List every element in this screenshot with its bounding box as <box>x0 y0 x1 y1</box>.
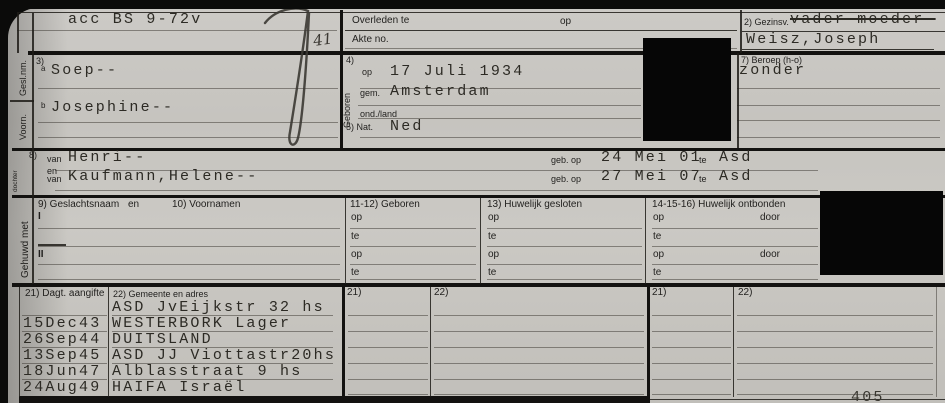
father-name: Henri-- <box>68 150 146 165</box>
rule-line <box>38 279 340 280</box>
rule-line <box>350 228 476 229</box>
rule-line <box>434 331 644 332</box>
rule-line <box>38 122 338 123</box>
col-21b-header: 21) <box>347 288 361 298</box>
rule-line <box>360 137 641 138</box>
gesloten-op-1: op <box>488 213 499 223</box>
rule-line <box>647 284 650 403</box>
col-13-header: 13) Huwelijk gesloten <box>487 200 582 210</box>
reg-row-address: WESTERBORK Lager <box>112 316 291 331</box>
rule-line <box>652 347 731 348</box>
gehuwd-met-label: Gehuwd met <box>21 221 31 278</box>
rule-line <box>108 287 109 397</box>
rule-line <box>487 228 642 229</box>
rule-line <box>434 379 644 380</box>
rule-line <box>345 30 737 31</box>
rule-line <box>38 88 338 89</box>
rule-line <box>19 396 648 403</box>
rule-line <box>737 394 933 395</box>
geboren-te-2: te <box>351 268 359 278</box>
ontbonden-op-2: op <box>653 250 664 260</box>
rule-line <box>38 244 66 246</box>
col-22b-header: 22) <box>434 288 448 298</box>
gesloten-te-2: te <box>488 268 496 278</box>
beroep-value: zonder <box>739 63 806 78</box>
rule-line <box>434 394 644 395</box>
birth-place-value: Amsterdam <box>390 84 491 99</box>
reg-row-date: 18Jun47 <box>23 364 101 379</box>
rule-line <box>434 347 644 348</box>
birth-date-value: 17 Juli 1934 <box>390 64 524 79</box>
col-21-header: 21) Dagt. aangifte <box>25 289 105 299</box>
reg-row-address: ASD JJ Viottastr20hs <box>112 348 336 363</box>
redaction-box <box>643 38 731 141</box>
rule-line <box>487 279 642 280</box>
marriage-row-2-label: II <box>38 250 44 260</box>
rule-line <box>652 363 731 364</box>
ontbonden-op-1: op <box>653 213 664 223</box>
rule-line <box>740 10 742 53</box>
father-te-label: te <box>699 156 707 165</box>
marriage-row-1-label: I <box>38 212 41 222</box>
father-birth-place: Asd <box>719 150 753 165</box>
akte-no-label: Akte no. <box>352 35 389 45</box>
sub-a-label: a <box>41 65 45 73</box>
rule-line <box>38 246 340 247</box>
col-21c-header: 21) <box>652 288 666 298</box>
rule-line <box>737 105 940 106</box>
ontbonden-te-1: te <box>653 232 661 242</box>
rule-line <box>17 13 19 53</box>
rule-line <box>645 198 646 284</box>
rule-line <box>737 137 940 138</box>
reg-row-date: 15Dec43 <box>23 316 101 331</box>
rule-line <box>737 88 940 89</box>
rule-line <box>55 190 818 191</box>
rule-line <box>348 363 428 364</box>
rule-line <box>733 287 734 397</box>
surname-value: Soep-- <box>51 63 118 78</box>
gesloten-te-1: te <box>488 232 496 242</box>
col-22c-header: 22) <box>738 288 752 298</box>
reg-row-address: DUITSLAND <box>112 332 213 347</box>
col-10-header: 10) Voornamen <box>172 200 240 210</box>
rule-line <box>38 264 340 265</box>
reg-row-date: 13Sep45 <box>23 348 101 363</box>
rule-line <box>12 148 945 151</box>
field-5-nat-label: 5) Nat. <box>346 123 373 132</box>
rule-line <box>737 363 933 364</box>
rule-line <box>480 198 481 284</box>
mother-geb-op-label: geb. op <box>551 175 581 184</box>
field-4-label: 4) <box>346 56 354 65</box>
father-birth-date: 24 Mei 01 <box>601 150 702 165</box>
rule-line <box>936 287 937 397</box>
rule-line <box>737 331 933 332</box>
gezinsverband-struck-value: vader-moeder- <box>790 12 936 27</box>
ontbonden-door-1: door <box>760 213 780 223</box>
rule-line <box>652 279 818 280</box>
rule-line <box>348 347 428 348</box>
field-8-label: 8) <box>29 151 37 160</box>
rule-line <box>742 49 934 50</box>
overleden-op-label: op <box>560 17 571 27</box>
scan-edge-top <box>0 0 945 9</box>
rule-line <box>487 264 642 265</box>
birth-op-label: op <box>362 68 372 77</box>
rule-line <box>10 100 34 102</box>
col-22-header: 22) Gemeente en adres <box>113 290 208 299</box>
rule-line <box>652 394 731 395</box>
rule-line <box>348 331 428 332</box>
rule-line <box>652 331 731 332</box>
rule-line <box>737 120 940 121</box>
rule-line <box>12 283 945 287</box>
rule-line <box>38 137 338 138</box>
rule-line <box>737 315 933 316</box>
col-9-header: 9) Geslachtsnaam <box>38 200 119 210</box>
reg-row-date: 24Aug49 <box>23 380 101 395</box>
rule-line <box>32 13 34 284</box>
rule-line <box>652 246 818 247</box>
redaction-box <box>820 191 943 275</box>
rule-line <box>652 379 731 380</box>
father-geb-op-label: geb. op <box>551 156 581 165</box>
rule-line <box>652 315 731 316</box>
firstnames-value: Josephine-- <box>51 100 174 115</box>
mother-name: Kaufmann,Helene-- <box>68 169 258 184</box>
rule-line <box>648 399 945 400</box>
nationality-value: Ned <box>390 119 424 134</box>
gemeente-label: gem. <box>360 89 380 98</box>
reg-row-address: Alblasstraat 9 hs <box>112 364 302 379</box>
rule-line <box>737 347 933 348</box>
rule-line <box>348 379 428 380</box>
rule-line <box>350 279 476 280</box>
gesloten-op-2: op <box>488 250 499 260</box>
rule-line <box>350 246 476 247</box>
overleden-te-label: Overleden te <box>352 16 409 26</box>
rule-line <box>342 284 345 403</box>
col-14-16-header: 14-15-16) Huwelijk ontbonden <box>652 200 785 210</box>
rule-line <box>340 10 343 151</box>
geboren-op-2: op <box>351 250 362 260</box>
reg-row-date: 26Sep44 <box>23 332 101 347</box>
col-11-12-header: 11-12) Geboren <box>350 200 420 210</box>
accession-number: acc BS 9-72v <box>68 12 202 27</box>
rule-line <box>434 315 644 316</box>
geboren-op-1: op <box>351 213 362 223</box>
rule-line <box>348 315 428 316</box>
rule-line <box>17 30 337 31</box>
geboren-te-1: te <box>351 232 359 242</box>
firstnames-field-label: Voorn. <box>19 114 28 140</box>
mother-birth-place: Asd <box>719 169 753 184</box>
rule-line <box>430 287 431 397</box>
reg-row-address: ASD JvEijkstr 32 hs <box>112 300 325 315</box>
rule-line <box>12 195 945 198</box>
gezinsverband-label: 2) Gezinsv. <box>744 18 789 27</box>
rule-line <box>737 379 933 380</box>
mother-birth-date: 27 Mei 07 <box>601 169 702 184</box>
head-of-family-name: Weisz,Joseph <box>746 32 880 47</box>
rule-line <box>38 228 340 229</box>
stamp-partial-number: 405 <box>851 390 885 403</box>
van2-label: van <box>47 175 62 184</box>
rule-line <box>652 228 818 229</box>
rule-line <box>19 287 20 397</box>
mother-te-label: te <box>699 175 707 184</box>
ontbonden-door-2: door <box>760 250 780 260</box>
rule-line <box>28 51 945 55</box>
archive-card-scan: acc BS 9-72v Overleden te op Akte no. 2)… <box>0 0 945 403</box>
relation-label: dochter <box>13 170 20 192</box>
reg-row-address: HAIFA Israël <box>112 380 246 395</box>
surname-field-label: Gesl.nm. <box>19 60 28 96</box>
rule-line <box>434 363 644 364</box>
van-label: van <box>47 155 62 164</box>
rule-line <box>487 246 642 247</box>
rule-line <box>358 105 641 106</box>
rule-line <box>348 394 428 395</box>
ontbonden-te-2: te <box>653 268 661 278</box>
col-en-header: en <box>128 200 139 210</box>
rule-line <box>345 198 346 284</box>
scan-edge-left <box>0 0 8 403</box>
rule-line <box>350 264 476 265</box>
rule-line <box>652 264 818 265</box>
sub-b-label: b <box>41 102 45 110</box>
